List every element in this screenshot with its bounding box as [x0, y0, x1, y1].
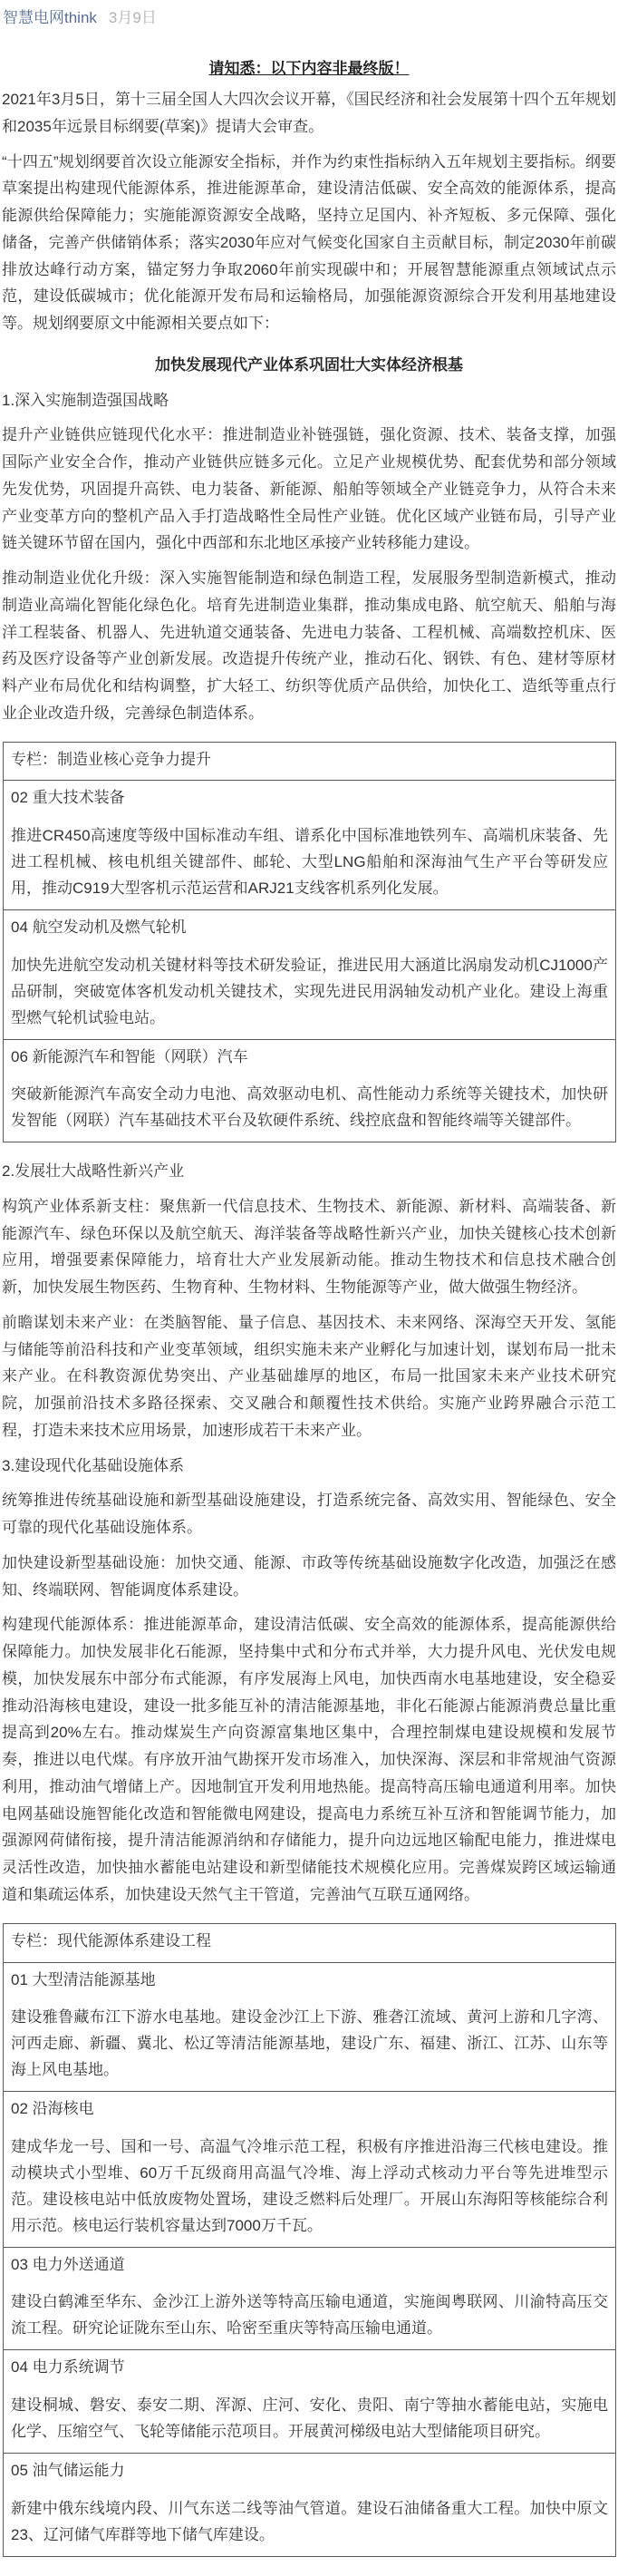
section-heading: 加快发展现代产业体系巩固壮大实体经济根基 — [2, 352, 616, 379]
table-header-row: 专栏：现代能源体系建设工程 — [4, 1923, 616, 1962]
paragraph: 统筹推进传统基础设施和新型基础设施建设，打造系统完备、高效实用、智能绿色、安全可… — [2, 1487, 616, 1541]
publish-date: 3月9日 — [109, 9, 157, 26]
table-row: 06 新能源汽车和智能（网联）汽车突破新能源汽车高安全动力电池、高效驱动电机、高… — [4, 1039, 616, 1142]
paragraph: 2021年3月5日，第十三届全国人大四次会议开幕，《国民经济和社会发展第十四个五… — [2, 86, 616, 141]
table-row-label: 04 航空发动机及燃气轮机 — [11, 915, 608, 941]
table-row-text: 建成华龙一号、国和一号、高温气冷堆示范工程，积极有序推进沿海三代核电建设。推动模… — [11, 2134, 608, 2240]
article-header: 智慧电网think3月9日 — [2, 8, 616, 28]
table-row-text: 建设桐城、磐安、泰安二期、浑源、庄河、安化、贵阳、南宁等抽水蓄能电站，实施电化学… — [11, 2393, 608, 2445]
table-row: 03 电力外送通道建设白鹤滩至华东、金沙江上游外送等特高压输电通道，实施闽粤联网… — [4, 2247, 616, 2350]
table-cell: 03 电力外送通道建设白鹤滩至华东、金沙江上游外送等特高压输电通道，实施闽粤联网… — [4, 2247, 616, 2350]
paragraph: “十四五”规划纲要首次设立能源安全指标，并作为约束性指标纳入五年规划主要指标。纲… — [2, 149, 616, 337]
table-row-label: 02 重大技术装备 — [11, 785, 608, 812]
paragraph: 1.深入实施制造强国战略 — [2, 387, 616, 414]
paragraph: 前瞻谋划未来产业：在类脑智能、量子信息、基因技术、未来网络、深海空天开发、氢能与… — [2, 1309, 616, 1444]
paragraph: 2.发展壮大战略性新兴产业 — [2, 1158, 616, 1185]
table-row: 01 大型清洁能源基地建设雅鲁藏布江下游水电基地。建设金沙江上下游、雅砻江流域、… — [4, 1962, 616, 2092]
table-row: 02 沿海核电建成华龙一号、国和一号、高温气冷堆示范工程，积极有序推进沿海三代核… — [4, 2092, 616, 2247]
table-row-text: 建设白鹤滩至华东、金沙江上游外送等特高压输电通道，实施闽粤联网、川渝特高压交流工… — [11, 2289, 608, 2342]
article-body: 2021年3月5日，第十三届全国人大四次会议开幕，《国民经济和社会发展第十四个五… — [2, 86, 616, 2557]
table-row: 02 重大技术装备推进CR450高速度等级中国标准动车组、谱系化中国标准地铁列车… — [4, 781, 616, 910]
table-cell: 01 大型清洁能源基地建设雅鲁藏布江下游水电基地。建设金沙江上下游、雅砻江流域、… — [4, 1962, 616, 2092]
table-row-text: 新建中俄东线境内段、川气东送二线等油气管道。建设石油储备重大工程。加快中原文 2… — [11, 2496, 608, 2549]
paragraph: 3.建设现代化基础设施体系 — [2, 1453, 616, 1480]
table-cell: 04 航空发动机及燃气轮机加快先进航空发动机关键材料等技术研发验证，推进民用大涵… — [4, 909, 616, 1039]
table-row: 04 电力系统调节建设桐城、磐安、泰安二期、浑源、庄河、安化、贵阳、南宁等抽水蓄… — [4, 2350, 616, 2454]
paragraph: 构建现代能源体系：推进能源革命，建设清洁低碳、安全高效的能源体系，提高能源供给保… — [2, 1611, 616, 1908]
table-header-cell: 专栏：现代能源体系建设工程 — [4, 1923, 616, 1962]
table-row-text: 突破新能源汽车高安全动力电池、高效驱动电机、高性能动力系统等关键技术，加快研发智… — [11, 1082, 608, 1134]
table-row-text: 加快先进航空发动机关键材料等技术研发验证，推进民用大涵道比涡扇发动机CJ1000… — [11, 953, 608, 1032]
paragraph: 构筑产业体系新支柱：聚焦新一代信息技术、生物技术、新能源、新材料、高端装备、新能… — [2, 1193, 616, 1301]
paragraph: 提升产业链供应链现代化水平：推进制造业补链强链，强化资源、技术、装备支撑，加强国… — [2, 422, 616, 557]
notice-text: 请知悉：以下内容非最终版！ — [209, 60, 410, 77]
table-row-text: 建设雅鲁藏布江下游水电基地。建设金沙江上下游、雅砻江流域、黄河上游和几字湾、河西… — [11, 2005, 608, 2084]
table-cell: 02 沿海核电建成华龙一号、国和一号、高温气冷堆示范工程，积极有序推进沿海三代核… — [4, 2092, 616, 2247]
notice-banner: 请知悉：以下内容非最终版！ — [2, 55, 616, 78]
table-row-label: 04 电力系统调节 — [11, 2355, 608, 2381]
article-page: 智慧电网think3月9日 请知悉：以下内容非最终版！ 2021年3月5日，第十… — [0, 0, 618, 2576]
special-column-table: 专栏：制造业核心竞争力提升02 重大技术装备推进CR450高速度等级中国标准动车… — [3, 742, 616, 1143]
table-header-cell: 专栏：制造业核心竞争力提升 — [4, 742, 616, 781]
table-row-label: 01 大型清洁能源基地 — [11, 1968, 608, 1994]
table-cell: 02 重大技术装备推进CR450高速度等级中国标准动车组、谱系化中国标准地铁列车… — [4, 781, 616, 910]
table-row-label: 02 沿海核电 — [11, 2096, 608, 2123]
table-header-row: 专栏：制造业核心竞争力提升 — [4, 742, 616, 781]
table-row: 05 油气储运能力新建中俄东线境内段、川气东送二线等油气管道。建设石油储备重大工… — [4, 2453, 616, 2556]
table-row-label: 06 新能源汽车和智能（网联）汽车 — [11, 1045, 608, 1071]
table-cell: 05 油气储运能力新建中俄东线境内段、川气东送二线等油气管道。建设石油储备重大工… — [4, 2453, 616, 2556]
table-row: 04 航空发动机及燃气轮机加快先进航空发动机关键材料等技术研发验证，推进民用大涵… — [4, 909, 616, 1039]
paragraph: 推动制造业优化升级：深入实施智能制造和绿色制造工程，发展服务型制造新模式，推动制… — [2, 565, 616, 727]
table-row-label: 05 油气储运能力 — [11, 2458, 608, 2484]
table-cell: 06 新能源汽车和智能（网联）汽车突破新能源汽车高安全动力电池、高效驱动电机、高… — [4, 1039, 616, 1142]
account-name-link[interactable]: 智慧电网think — [3, 9, 97, 26]
special-column-table: 专栏：现代能源体系建设工程01 大型清洁能源基地建设雅鲁藏布江下游水电基地。建设… — [3, 1923, 616, 2557]
table-row-label: 03 电力外送通道 — [11, 2252, 608, 2279]
paragraph: 加快建设新型基础设施：加快交通、能源、市政等传统基础设施数字化改造，加强泛在感知… — [2, 1550, 616, 1604]
table-row-text: 推进CR450高速度等级中国标准动车组、谱系化中国标准地铁列车、高端机床装备、先… — [11, 823, 608, 902]
table-cell: 04 电力系统调节建设桐城、磐安、泰安二期、浑源、庄河、安化、贵阳、南宁等抽水蓄… — [4, 2350, 616, 2454]
